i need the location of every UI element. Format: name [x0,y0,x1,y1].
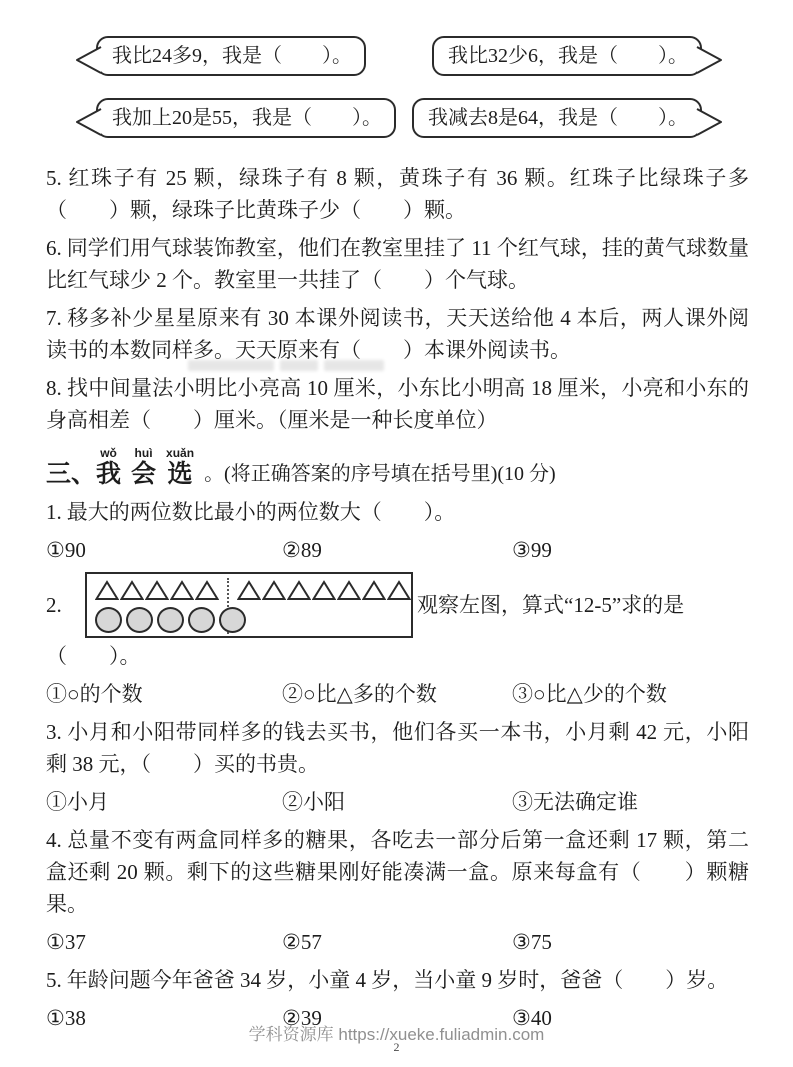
question-text: 观察左图，算式“12-5”求的是 [417,590,684,620]
question-text: 移多补少星星原来有 30 本课外阅读书，天天送给他 4 本后，两人课外阅读书的本… [46,306,749,362]
shape-figure [85,572,413,638]
pinyin: huì [135,447,153,460]
option-1: ①小月 [46,786,282,818]
watermark [188,360,384,371]
question-number: 6. [46,236,62,260]
question-text: 红珠子有 25 颗，绿珠子有 8 颗，黄珠子有 36 颗。红珠子比绿珠子多（ ）… [46,166,749,222]
question-number: 3. [46,720,62,744]
question-text: 总量不变有两盒同样多的糖果，各吃去一部分后第一盒还剩 17 颗，第二盒还剩 20… [46,828,749,916]
option-1: ①90 [46,534,282,566]
question-number: 7. [46,306,62,330]
bubble-text: 我加上20是55，我是（ ）。 [112,107,382,129]
heading-char: huì会 [131,447,156,490]
speech-bubble: 我减去8是64，我是（ ）。 [412,98,702,138]
question-fill-5: 5.红珠子有 25 颗，绿珠子有 8 颗，黄珠子有 36 颗。红珠子比绿珠子多（… [46,162,749,226]
triangle-icon [262,580,286,601]
option-2: ②小阳 [282,786,512,818]
options-row-4: ①37 ②57 ③75 [46,926,749,958]
bubble-text: 我比24多9，我是（ ）。 [112,45,352,67]
speech-bubbles-group: 我比24多9，我是（ ）。 我比32少6，我是（ ）。 我加上20是55，我是（… [46,34,749,150]
worksheet-page: 我比24多9，我是（ ）。 我比32少6，我是（ ）。 我加上20是55，我是（… [0,0,793,1067]
option-2: ②57 [282,926,512,958]
question-fill-8: 8.找中间量法小明比小亮高 10 厘米，小东比小明高 18 厘米，小亮和小东的身… [46,372,749,436]
bubble-text: 我比32少6，我是（ ）。 [448,45,688,67]
speech-bubble: 我比24多9，我是（ ）。 [96,36,366,76]
circle-icon [219,607,246,633]
question-text: 小月和小阳带同样多的钱去买书，他们各买一本书，小月剩 42 元，小阳剩 38 元… [46,720,749,776]
bubble-tail-left-icon [74,107,102,137]
option-3: ③99 [512,534,749,566]
section-label: 三、 [46,460,96,490]
question-text: 年龄问题今年爸爸 34 岁，小童 4 岁，当小童 9 岁时，爸爸（ ）岁。 [67,968,729,992]
hanzi: 会 [131,460,156,490]
pinyin: xuǎn [166,447,194,460]
question-number: 1. [46,500,62,524]
hanzi: 我 [96,460,121,490]
heading-char: wǒ我 [96,447,121,490]
triangle-icon [170,580,194,601]
heading-char: xuǎn选 [166,447,194,490]
triangle-icon [195,580,219,601]
bubble-tail-left-icon [74,45,102,75]
circle-icon [95,607,122,633]
triangle-icon [362,580,386,601]
question-number: 5. [46,968,62,992]
figure-triangles-right [237,580,411,601]
triangle-icon [337,580,361,601]
option-1: ①○的个数 [46,678,282,710]
question-choice-2-blank: （ ）。 [46,640,749,672]
circle-icon [126,607,153,633]
triangle-icon [95,580,119,601]
figure-triangles-left [95,580,219,601]
question-number: 8. [46,376,62,400]
question-fill-6: 6.同学们用气球装饰教室，他们在教室里挂了 11 个红气球，挂的黄气球数量比红气… [46,232,749,296]
question-fill-7: 7.移多补少星星原来有 30 本课外阅读书，天天送给他 4 本后，两人课外阅读书… [46,302,749,366]
page-number: 2 [0,1040,793,1055]
speech-bubble: 我加上20是55，我是（ ）。 [96,98,396,138]
question-number: 5. [46,166,62,190]
options-row-3: ①小月 ②小阳 ③无法确定谁 [46,786,749,818]
question-choice-2-figure-row: 2. 观察左图，算式“12-5”求的是 [46,572,749,638]
question-text: 最大的两位数比最小的两位数大（ ）。 [67,500,456,524]
bubble-tail-right-icon [696,45,724,75]
triangle-icon [120,580,144,601]
question-number: 2. [46,593,80,618]
option-3: ③无法确定谁 [512,786,749,818]
triangle-icon [287,580,311,601]
section-instructions: 。(将正确答案的序号填在括号里)(10 分) [204,459,556,490]
option-2: ②89 [282,534,512,566]
figure-circles [95,607,246,633]
question-choice-3: 3.小月和小阳带同样多的钱去买书，他们各买一本书，小月剩 42 元，小阳剩 38… [46,716,749,780]
option-1: ①37 [46,926,282,958]
question-text: 找中间量法小明比小亮高 10 厘米，小东比小明高 18 厘米，小亮和小东的身高相… [46,376,749,432]
circle-icon [188,607,215,633]
triangle-icon [387,580,411,601]
triangle-icon [237,580,261,601]
triangle-icon [145,580,169,601]
section-heading: 三、 wǒ我 huì会 xuǎn选 。(将正确答案的序号填在括号里)(10 分) [46,442,749,490]
circle-icon [157,607,184,633]
bubble-tail-right-icon [696,107,724,137]
question-number: 4. [46,828,62,852]
pinyin: wǒ [100,447,117,460]
question-choice-1: 1.最大的两位数比最小的两位数大（ ）。 [46,496,749,528]
option-3: ③75 [512,926,749,958]
hanzi: 选 [168,460,193,490]
speech-bubble: 我比32少6，我是（ ）。 [432,36,702,76]
options-row-1: ①90 ②89 ③99 [46,534,749,566]
triangle-icon [312,580,336,601]
question-choice-4: 4.总量不变有两盒同样多的糖果，各吃去一部分后第一盒还剩 17 颗，第二盒还剩 … [46,824,749,920]
worksheet-content: 我比24多9，我是（ ）。 我比32少6，我是（ ）。 我加上20是55，我是（… [0,0,793,1067]
question-text: 同学们用气球装饰教室，他们在教室里挂了 11 个红气球，挂的黄气球数量比红气球少… [46,236,749,292]
bubble-text: 我减去8是64，我是（ ）。 [428,107,688,129]
option-3: ③○比△少的个数 [512,678,749,710]
option-2: ②○比△多的个数 [282,678,512,710]
question-choice-5: 5.年龄问题今年爸爸 34 岁，小童 4 岁，当小童 9 岁时，爸爸（ ）岁。 [46,964,749,996]
options-row-2: ①○的个数 ②○比△多的个数 ③○比△少的个数 [46,678,749,710]
